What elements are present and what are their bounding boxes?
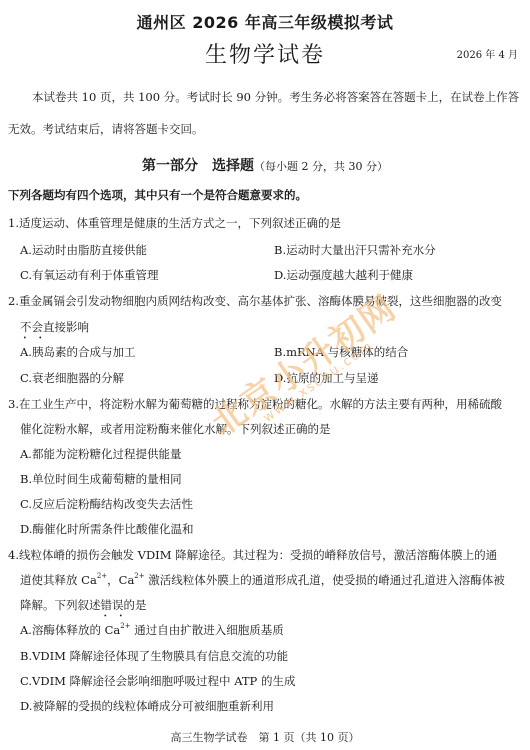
question-3-option-d: D.酶催化时所需条件比酸催化温和: [20, 522, 193, 536]
emphasis-mark: 不会: [20, 320, 43, 334]
question-number: 1.: [8, 216, 19, 230]
question-4-option-a: A.溶酶体释放的 Ca2+ 通过自由扩散进入细胞质基质: [20, 623, 284, 637]
question-1-option-b: B.运动时大量出汗只需补充水分: [274, 243, 436, 257]
question-2-option-d: D.抗原的加工与呈递: [274, 371, 378, 385]
question-2-stem: 2.重金属镉会引发动物细胞内质网结构改变、高尔基体扩张、溶酶体膜易破裂，这些细胞…: [8, 294, 502, 308]
question-4-option-b: B.VDIM 降解途径体现了生物膜具有信息交流的功能: [20, 649, 288, 663]
question-3-option-b: B.单位时间生成葡萄糖的量相同: [20, 472, 182, 486]
section-note: （每小题 2 分，共 30 分）: [254, 160, 388, 173]
question-1-option-c: C.有氧运动有利于体重管理: [20, 268, 159, 282]
question-1-option-a: A.运动时由脂肪直接供能: [20, 243, 147, 257]
subject-title: 生物学试卷: [0, 38, 530, 69]
question-4-stem: 4.线粒体嵴的损伤会触发 VDIM 降解途径。其过程为：受损的嵴释放信号，激活溶…: [8, 548, 497, 562]
exam-page: 通州区 2026 年高三年级模拟考试 生物学试卷 2026 年 4 月 本试卷共…: [0, 0, 530, 750]
page-footer: 高三生物学试卷 第 1 页（共 10 页）: [0, 729, 530, 745]
exam-date: 2026 年 4 月: [457, 46, 518, 61]
instructions-line-1: 本试卷共 10 页，共 100 分。考试时长 90 分钟。考生务必将答案答在答题…: [32, 90, 519, 104]
exam-title: 通州区 2026 年高三年级模拟考试: [0, 10, 530, 33]
question-3-stem: 3.在工业生产中，将淀粉水解为葡萄糖的过程称为淀粉的糖化。水解的方法主要有两种，…: [8, 397, 502, 411]
section-instruction: 下列各题均有四个选项，其中只有一个是符合题意要求的。: [8, 187, 307, 203]
question-2-option-c: C.衰老细胞器的分解: [20, 371, 124, 385]
emphasis-mark: 错误: [101, 598, 124, 612]
question-4-stem-line-2: 道使其释放 Ca2+，Ca2+ 激活线粒体外膜上的通道形成孔道，使受损的嵴通过孔…: [20, 573, 505, 587]
question-1-option-d: D.运动强度越大越利于健康: [274, 268, 413, 282]
question-1-stem: 1.适度运动、体重管理是健康的生活方式之一，下列叙述正确的是: [8, 216, 341, 230]
section-title: 第一部分 选择题: [142, 158, 254, 174]
question-4-option-c: C.VDIM 降解途径会影响细胞呼吸过程中 ATP 的生成: [20, 674, 295, 688]
ion-charge: 2+: [97, 572, 107, 580]
instructions-line-2: 无效。考试结束后，请将答题卡交回。: [8, 122, 204, 136]
question-2-option-a: A.胰岛素的合成与加工: [20, 345, 135, 359]
question-2-stem-cont: 不会直接影响: [20, 320, 89, 334]
question-3-option-a: A.都能为淀粉糖化过程提供能量: [20, 447, 181, 461]
question-3-option-c: C.反应后淀粉酶结构改变失去活性: [20, 497, 193, 511]
question-4-stem-line-3: 降解。下列叙述错误的是: [20, 598, 147, 612]
question-2-option-b: B.mRNA 与核糖体的结合: [274, 345, 408, 359]
section-heading: 第一部分 选择题（每小题 2 分，共 30 分）: [0, 155, 530, 175]
question-4-option-d: D.被降解的受损的线粒体嵴成分可被细胞重新利用: [20, 699, 274, 713]
question-3-stem-cont: 催化淀粉水解，或者用淀粉酶来催化水解。下列叙述正确的是: [20, 422, 331, 436]
